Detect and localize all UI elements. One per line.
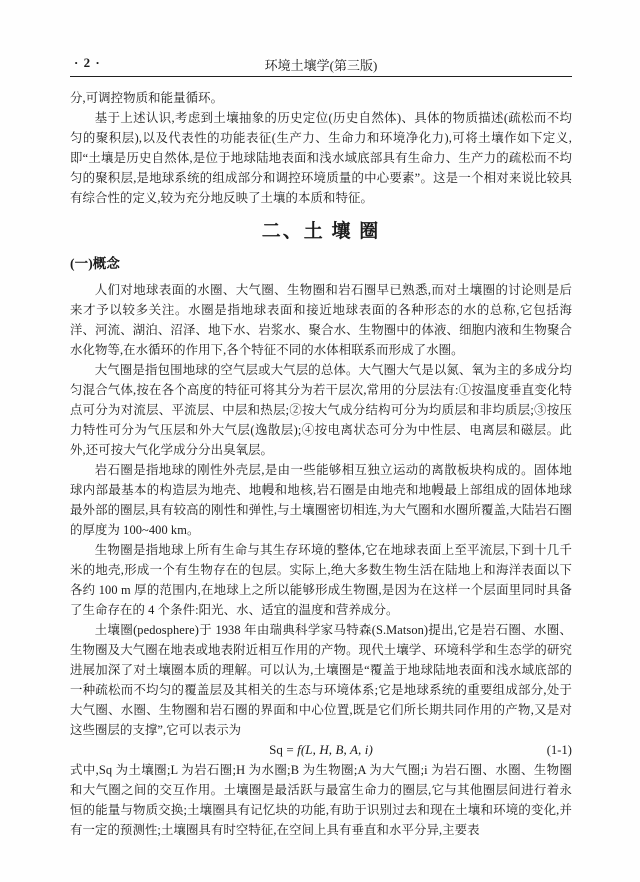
paragraph-soil-definition: 基于上述认识,考虑到土壤抽象的历史定位(历史自然体)、具体的物质描述(疏松而不均… bbox=[70, 108, 572, 208]
paragraph-hydrosphere: 人们对地球表面的水圈、大气圈、生物圈和岩石圈早已熟悉,而对土壤圈的讨论则是后来才… bbox=[70, 280, 572, 360]
paragraph-continuation: 分,可调控物质和能量循环。 bbox=[70, 88, 572, 108]
header-rule bbox=[70, 76, 572, 77]
paragraph-lithosphere: 岩石圈是指地球的刚性外壳层,是由一些能够相互独立运动的离散板块构成的。固体地球内… bbox=[70, 460, 572, 540]
paragraph-biosphere: 生物圈是指地球上所有生命与其生存环境的整体,它在地球表面上至平流层,下到十几千米… bbox=[70, 540, 572, 620]
section-title: 二、土 壤 圈 bbox=[70, 219, 572, 245]
paragraph-atmosphere: 大气圈是指包围地球的空气层或大气层的总体。大气圈大气是以氮、氧为主的多成分均匀混… bbox=[70, 360, 572, 460]
equation-args: (L, H, B, A, i) bbox=[301, 742, 373, 757]
page-content: 分,可调控物质和能量循环。 基于上述认识,考虑到土壤抽象的历史定位(历史自然体)… bbox=[70, 88, 572, 840]
book-page: · 2 · 环境土壤学(第三版) 分,可调控物质和能量循环。 基于上述认识,考虑… bbox=[0, 0, 640, 882]
equation-number: (1-1) bbox=[547, 740, 572, 760]
paragraph-pedosphere: 土壤圈(pedosphere)于 1938 年由瑞典科学家马特森(S.Matso… bbox=[70, 620, 572, 740]
paragraph-equation-explanation: 式中,Sq 为土壤圈;L 为岩石圈;H 为水圈;B 为生物圈;A 为大气圈;i … bbox=[70, 760, 572, 840]
equation-lhs: Sq = bbox=[269, 742, 297, 757]
subsection-title: (一)概念 bbox=[70, 254, 572, 273]
book-title: 环境土壤学(第三版) bbox=[70, 55, 572, 74]
running-header: · 2 · 环境土壤学(第三版) bbox=[70, 54, 572, 74]
equation-1-1: Sq = f(L, H, B, A, i) (1-1) bbox=[70, 740, 572, 760]
